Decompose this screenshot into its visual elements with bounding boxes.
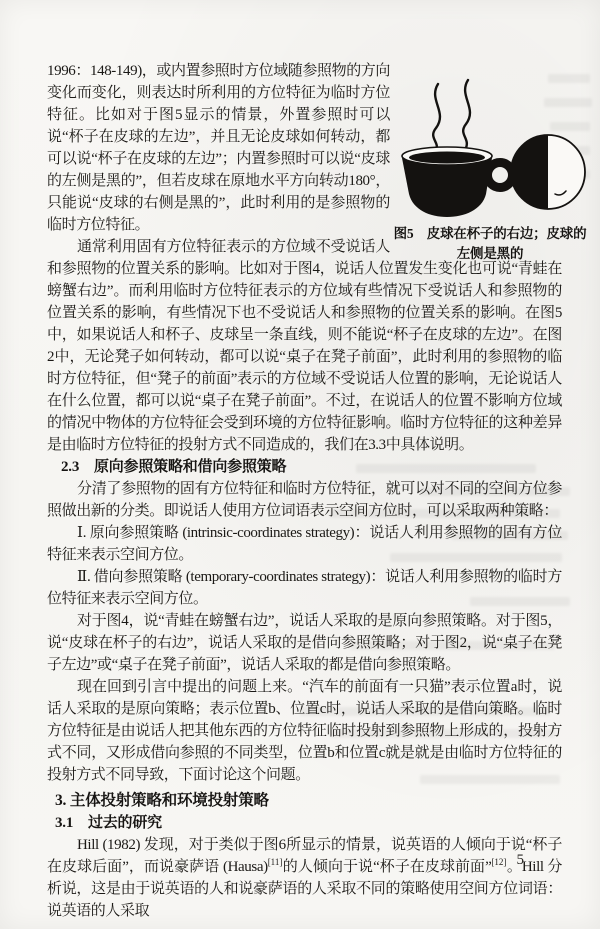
section-2-3-heading: 2.3 原向参照策略和借向参照策略 <box>61 456 562 478</box>
section-3-heading: 3. 主体投射策略和环境投射策略 <box>55 790 562 812</box>
paragraph-3: 分清了参照物的固有方位特征和临时方位特征，就可以对不同的空间方位参照做出新的分类… <box>47 478 562 522</box>
figure-5-caption: 图5 皮球在杯子的右边；皮球的左侧是黑的 <box>390 224 590 264</box>
footnote-ref-12: [12] <box>491 857 506 867</box>
paragraph-2: 通常利用固有方位特征表示的方位域不受说话人和参照物的位置关系的影响。比如对于图4… <box>47 236 562 456</box>
figure-5-artwork <box>390 72 588 222</box>
steam-lines-icon <box>433 80 470 150</box>
page-number: 5 <box>517 852 525 869</box>
footnote-ref-11: [11] <box>268 857 283 867</box>
paragraph-4-intrinsic-strategy: Ⅰ. 原向参照策略 (intrinsic-coordinates strateg… <box>47 522 562 566</box>
paragraph-8: Hill (1982) 发现，对于类似于图6所显示的情景，说英语的人倾向于说“杯… <box>47 834 562 922</box>
paragraph-5-temporary-strategy: Ⅱ. 借向参照策略 (temporary-coordinates strateg… <box>47 566 562 610</box>
ball-icon <box>511 135 585 209</box>
paragraph-8-text: 的人倾向于说“杯子在皮球前面” <box>282 859 491 875</box>
cup-icon <box>402 147 513 217</box>
paragraph-6: 对于图4，说“青蛙在螃蟹右边”，说话人采取的是原向参照策略。对于图5，说“皮球在… <box>47 610 562 676</box>
figure-5: 图5 皮球在杯子的右边；皮球的左侧是黑的 <box>390 60 562 258</box>
section-3-1-heading: 3.1 过去的研究 <box>55 812 562 834</box>
paragraph-7: 现在回到引言中提出的问题上来。“汽车的前面有一只猫”表示位置a时，说话人采取的是… <box>47 676 562 786</box>
page-body-text: 图5 皮球在杯子的右边；皮球的左侧是黑的 1996：148-149)，或内置参照… <box>47 60 562 922</box>
cup-and-ball-illustration <box>390 72 588 222</box>
scanned-document-page: 图5 皮球在杯子的右边；皮球的左侧是黑的 1996：148-149)，或内置参照… <box>0 0 600 929</box>
